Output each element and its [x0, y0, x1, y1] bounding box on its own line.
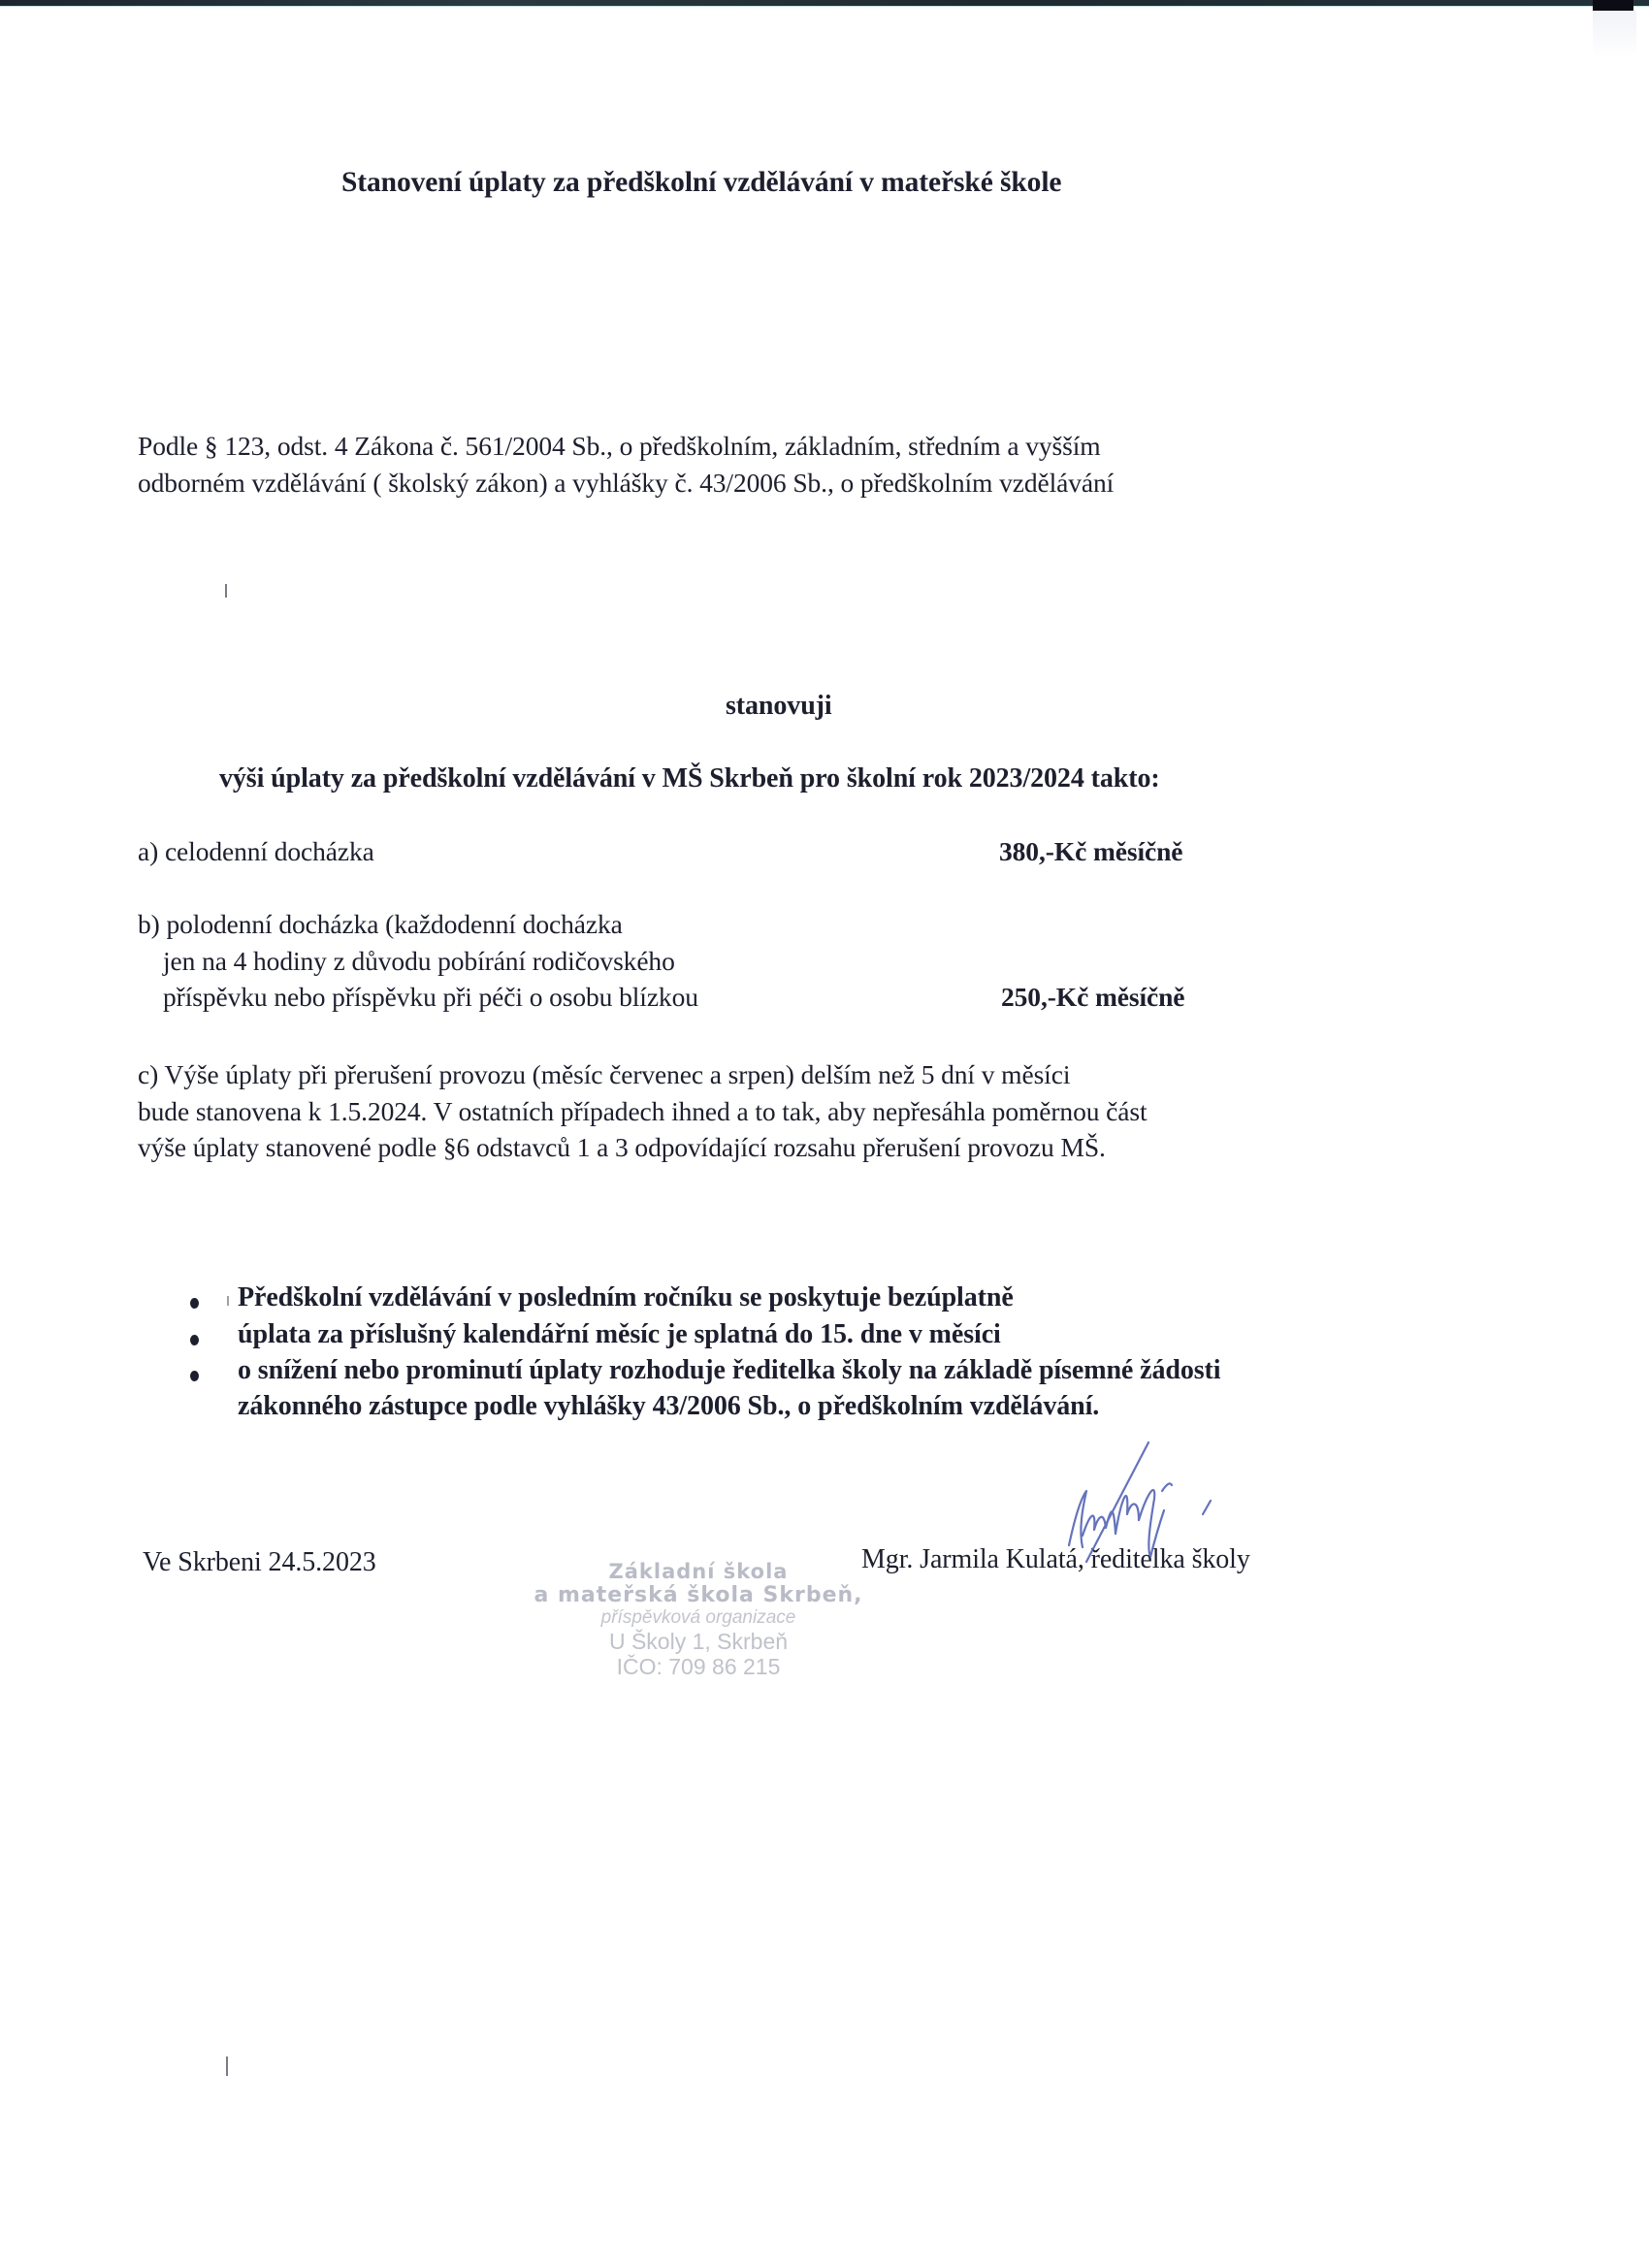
clause-line: c) Výše úplaty při přerušení provozu (mě…: [138, 1061, 1070, 1088]
fee-amount: 380,-Kč měsíčně: [999, 838, 1182, 865]
bullet-icon: [190, 1335, 199, 1345]
fee-amount: 250,-Kč měsíčně: [1001, 984, 1184, 1011]
note-text: úplata za příslušný kalendářní měsíc je …: [238, 1321, 1001, 1348]
legal-basis-line: Podle § 123, odst. 4 Zákona č. 561/2004 …: [138, 433, 1101, 460]
document-title: Stanovení úplaty za předškolní vzděláván…: [341, 169, 1061, 198]
clause-line: bude stanovena k 1.5.2024. V ostatních p…: [138, 1098, 1148, 1125]
decree-subject: výši úplaty za předškolní vzdělávání v M…: [219, 765, 1160, 793]
fee-label: příspěvku nebo příspěvku při péči o osob…: [163, 984, 698, 1011]
scan-mark: [226, 2057, 228, 2076]
signature-icon: [1057, 1441, 1271, 1567]
stamp-line: příspěvková organizace: [524, 1607, 873, 1629]
stamp-line: a mateřská škola Skrbeň,: [524, 1584, 873, 1607]
stamp-line: U Školy 1, Skrbeň: [524, 1629, 873, 1654]
stamp-line: Základní škola: [524, 1560, 873, 1584]
note-text: Předškolní vzdělávání v posledním ročník…: [238, 1284, 1014, 1312]
scan-corner-shadow: [1593, 11, 1636, 59]
stamp-line: IČO: 709 86 215: [524, 1654, 873, 1679]
clause-line: výše úplaty stanovené podle §6 odstavců …: [138, 1134, 1106, 1161]
fee-label: a) celodenní docházka: [138, 838, 374, 865]
note-text: zákonného zástupce podle vyhlášky 43/200…: [238, 1393, 1099, 1420]
note-text: o snížení nebo prominutí úplaty rozhoduj…: [238, 1357, 1220, 1384]
bullet-icon: [190, 1371, 199, 1381]
legal-basis-line: odborném vzdělávání ( školský zákon) a v…: [138, 470, 1114, 497]
bullet-icon: [190, 1298, 199, 1309]
place-date: Ve Skrbeni 24.5.2023: [143, 1549, 376, 1576]
scan-corner-block: [1593, 0, 1633, 11]
school-stamp: Základní škola a mateřská škola Skrbeň, …: [524, 1560, 873, 1679]
fee-label: b) polodenní docházka (každodenní docház…: [138, 911, 623, 938]
scan-mark: [227, 1296, 229, 1306]
scan-mark: [225, 584, 227, 598]
fee-label: jen na 4 hodiny z důvodu pobírání rodičo…: [163, 948, 675, 975]
scan-edge-line: [0, 6, 1649, 7]
decree-word: stanovuji: [726, 693, 832, 720]
